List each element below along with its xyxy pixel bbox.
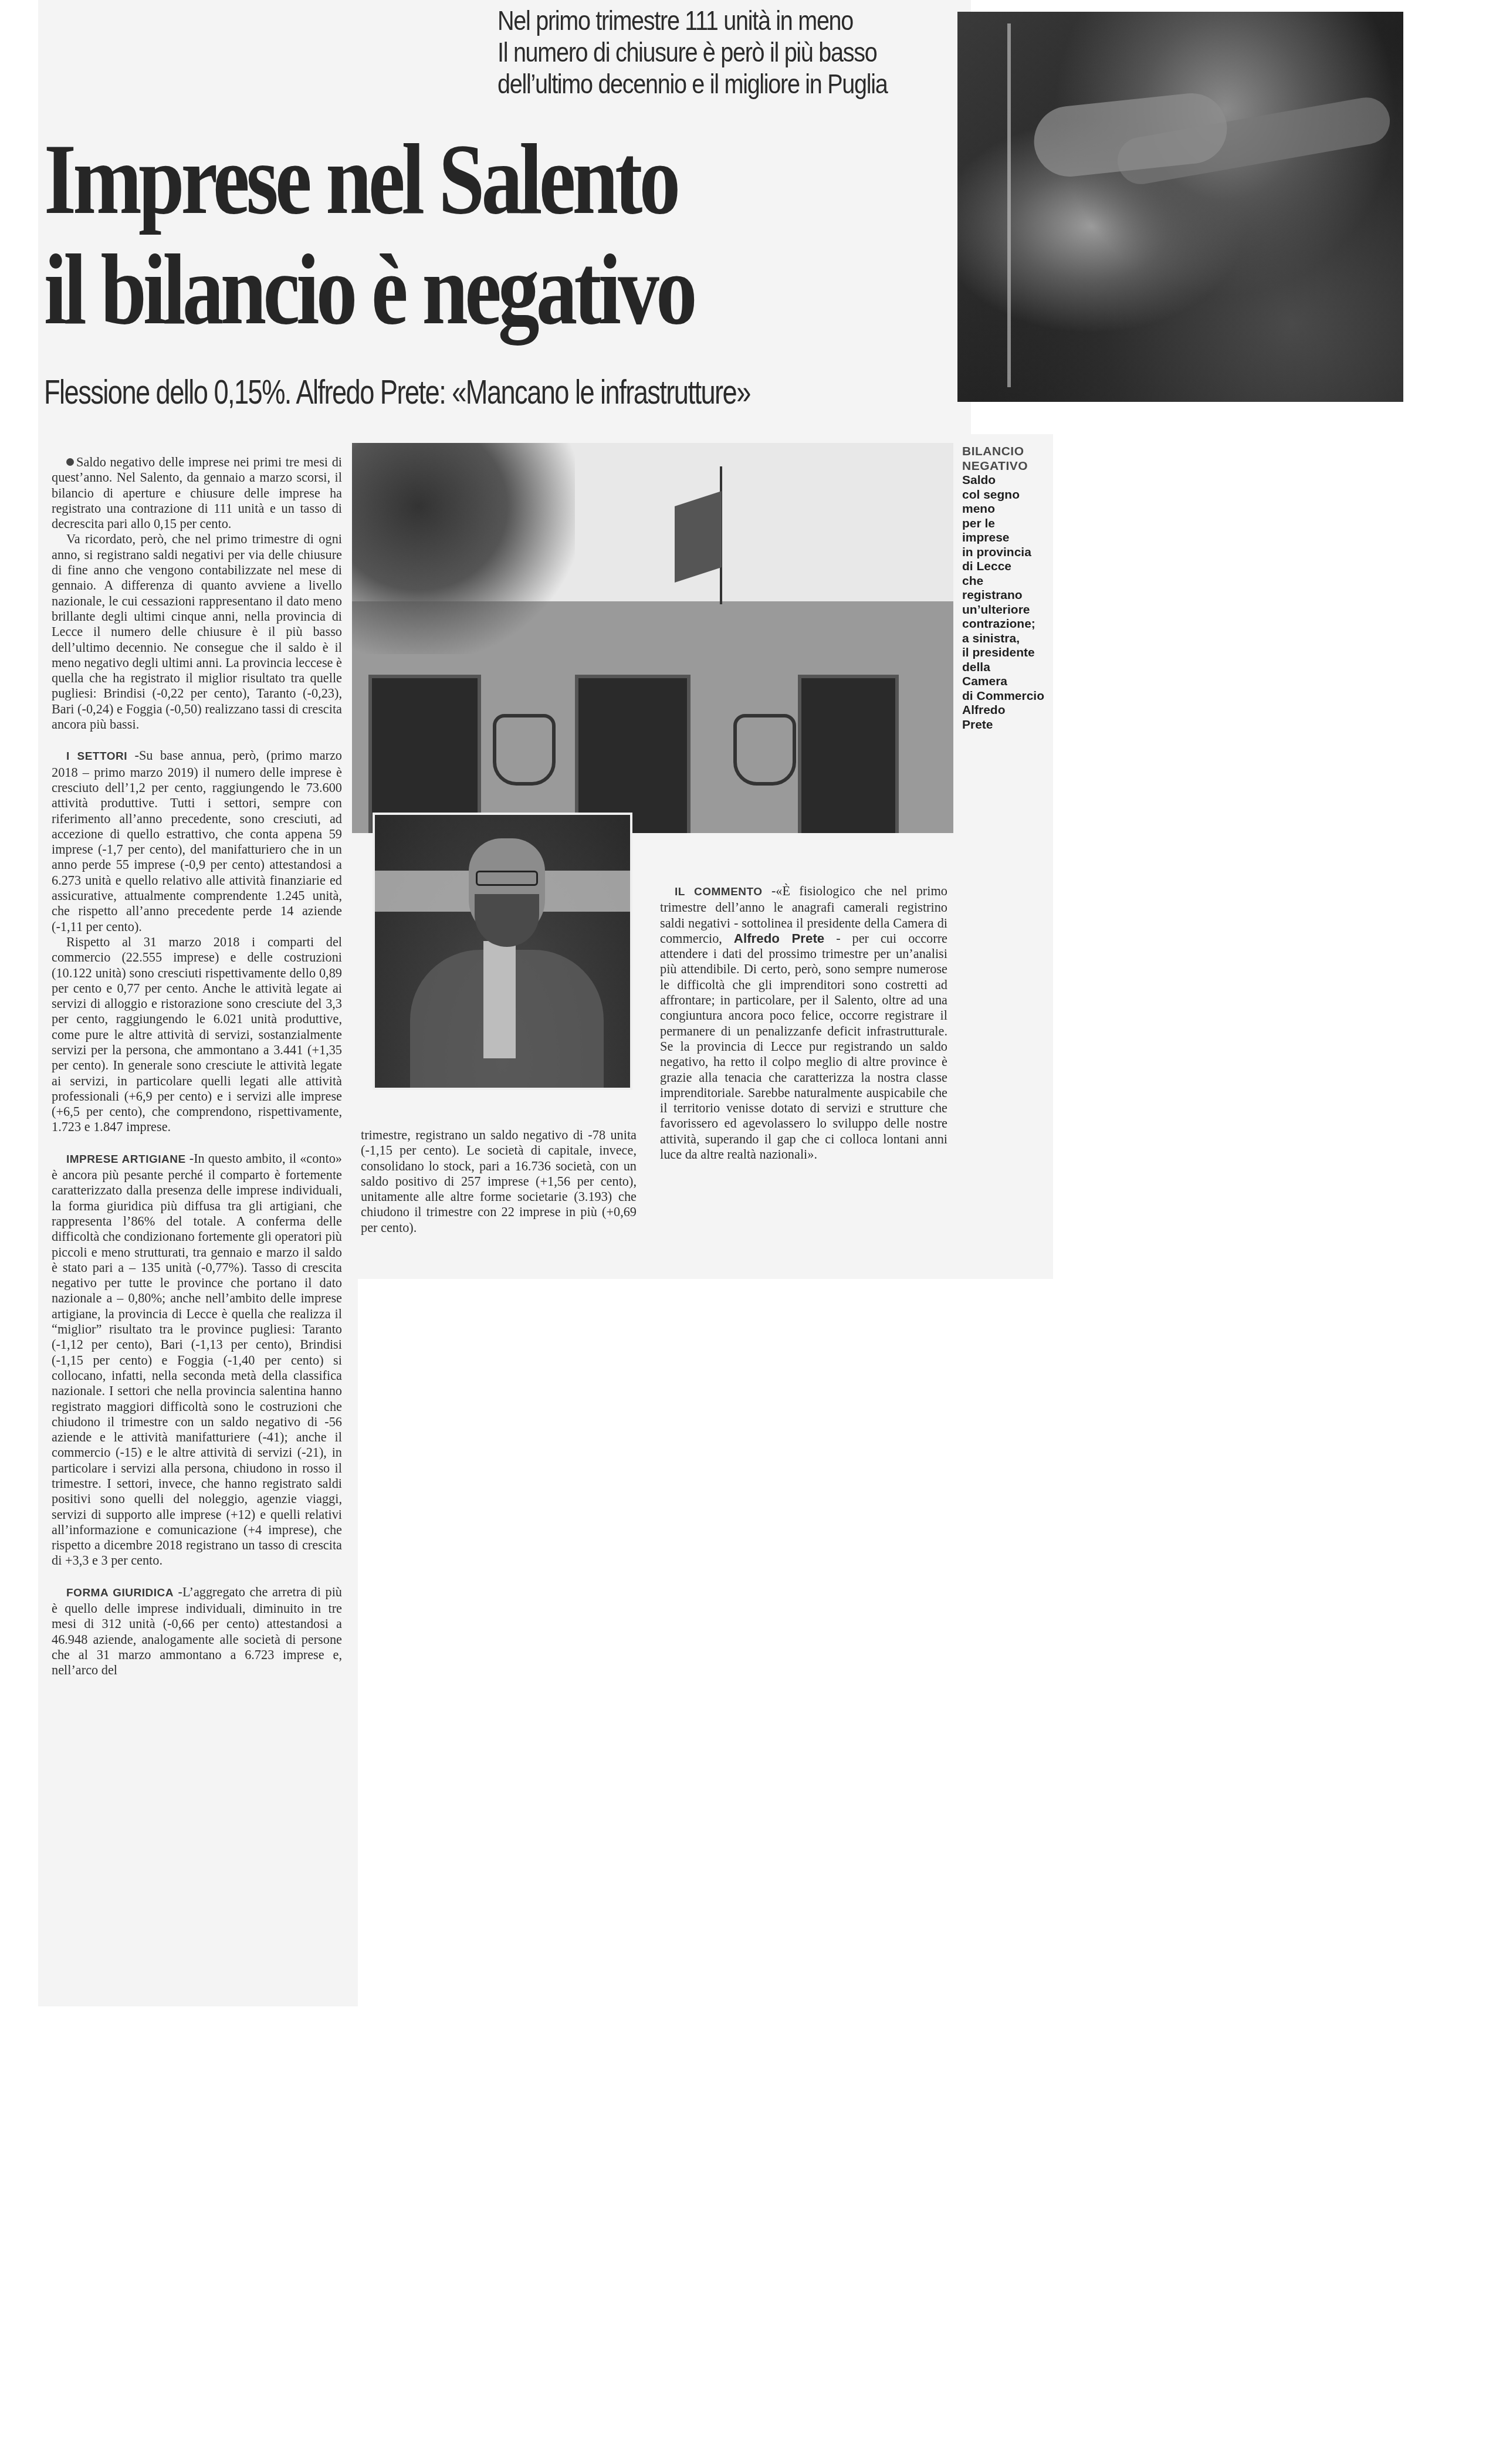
caption-line: della	[962, 661, 1056, 675]
section-il-commento: IL COMMENTO -«È fisiologico che nel prim…	[660, 884, 947, 1162]
bullet-icon	[66, 458, 74, 466]
section-imprese-artigiane: IMPRESE ARTIGIANE -In questo ambito, il …	[52, 1151, 342, 1569]
caption-title: NEGATIVO	[962, 459, 1056, 474]
settori-paragraph-2: Rispetto al 31 marzo 2018 i comparti del…	[52, 935, 342, 1135]
caption-line: per le	[962, 517, 1056, 532]
section-forma-giuridica: FORMA GIURIDICA -L’aggregato che arretra…	[52, 1585, 342, 1678]
caption-line: di Lecce	[962, 560, 1056, 574]
caption-line: un’ulteriore	[962, 603, 1056, 618]
subheadline: Flessione dello 0,15%. Alfredo Prete: «M…	[44, 373, 822, 412]
paragraph-text: - per cui occorre attendere i dati del p…	[660, 931, 947, 1162]
headline: Imprese nel Salento il bilancio è negati…	[44, 124, 766, 345]
headline-line: Imprese nel Salento	[44, 124, 766, 235]
paragraph-text: -In questo ambito, il «conto» è ancora p…	[52, 1151, 342, 1568]
flag-icon	[675, 491, 722, 583]
paragraph-text: Saldo negativo delle imprese nei primi t…	[52, 455, 342, 531]
overline: Nel primo trimestre 111 unità in meno Il…	[497, 5, 891, 100]
caption-line: meno	[962, 502, 1056, 517]
forma-giuridica-continuation: trimestre, registrano un saldo negativo …	[361, 1128, 637, 1236]
article-column-1: Saldo negativo delle imprese nei primi t…	[52, 455, 342, 1678]
photo-detail	[368, 675, 481, 833]
caption-line: Prete	[962, 718, 1056, 733]
caption-line: Camera	[962, 675, 1056, 689]
paragraph-text: -Su base annua, però, (primo marzo 2018 …	[52, 748, 342, 933]
caption-line: registrano	[962, 588, 1056, 603]
lamp-icon	[493, 714, 556, 786]
quoted-person-name: Alfredo Prete	[734, 931, 824, 946]
caption-line: contrazione;	[962, 617, 1056, 632]
caption-line: di Commercio	[962, 689, 1056, 704]
caption-line: imprese	[962, 531, 1056, 546]
headline-line: il bilancio è negativo	[44, 235, 766, 345]
section-kicker: FORMA GIURIDICA	[66, 1587, 174, 1599]
photo-alfredo-prete	[373, 813, 632, 1090]
glasses-icon	[476, 871, 538, 886]
photo-artisan-workbench	[957, 12, 1403, 402]
caption-line: a sinistra,	[962, 632, 1056, 647]
photo-detail	[352, 443, 575, 654]
lamp-icon	[733, 714, 796, 786]
caption-line: Alfredo	[962, 703, 1056, 718]
caption-title: BILANCIO	[962, 445, 1056, 459]
intro-paragraph-2: Va ricordato, però, che nel primo trimes…	[52, 532, 342, 732]
section-kicker: I SETTORI	[66, 750, 127, 763]
intro-paragraph-1: Saldo negativo delle imprese nei primi t…	[52, 455, 342, 532]
article-column-3: IL COMMENTO -«È fisiologico che nel prim…	[660, 884, 947, 1162]
caption-line: col segno	[962, 488, 1056, 503]
photo-detail	[483, 941, 516, 1058]
photo-detail	[475, 894, 539, 947]
overline-line: dell’ultimo decennio e il migliore in Pu…	[497, 68, 891, 100]
overline-line: Nel primo trimestre 111 unità in meno	[497, 5, 891, 36]
photo-caption: BILANCIO NEGATIVO Saldo col segno meno p…	[962, 445, 1056, 732]
caption-line: che	[962, 574, 1056, 589]
photo-detail	[575, 675, 691, 833]
caption-line: in provincia	[962, 546, 1056, 560]
caption-line: Saldo	[962, 473, 1056, 488]
article-column-2: trimestre, registrano un saldo negativo …	[361, 1128, 637, 1236]
overline-line: Il numero di chiusure è però il più bass…	[497, 36, 891, 68]
caption-line: il presidente	[962, 646, 1056, 661]
photo-detail	[1007, 23, 1011, 387]
section-settori: I SETTORI -Su base annua, però, (primo m…	[52, 748, 342, 935]
photo-detail	[798, 675, 899, 833]
section-kicker: IMPRESE ARTIGIANE	[66, 1153, 186, 1166]
photo-chamber-of-commerce-facade	[352, 443, 953, 833]
section-kicker: IL COMMENTO	[675, 886, 763, 898]
